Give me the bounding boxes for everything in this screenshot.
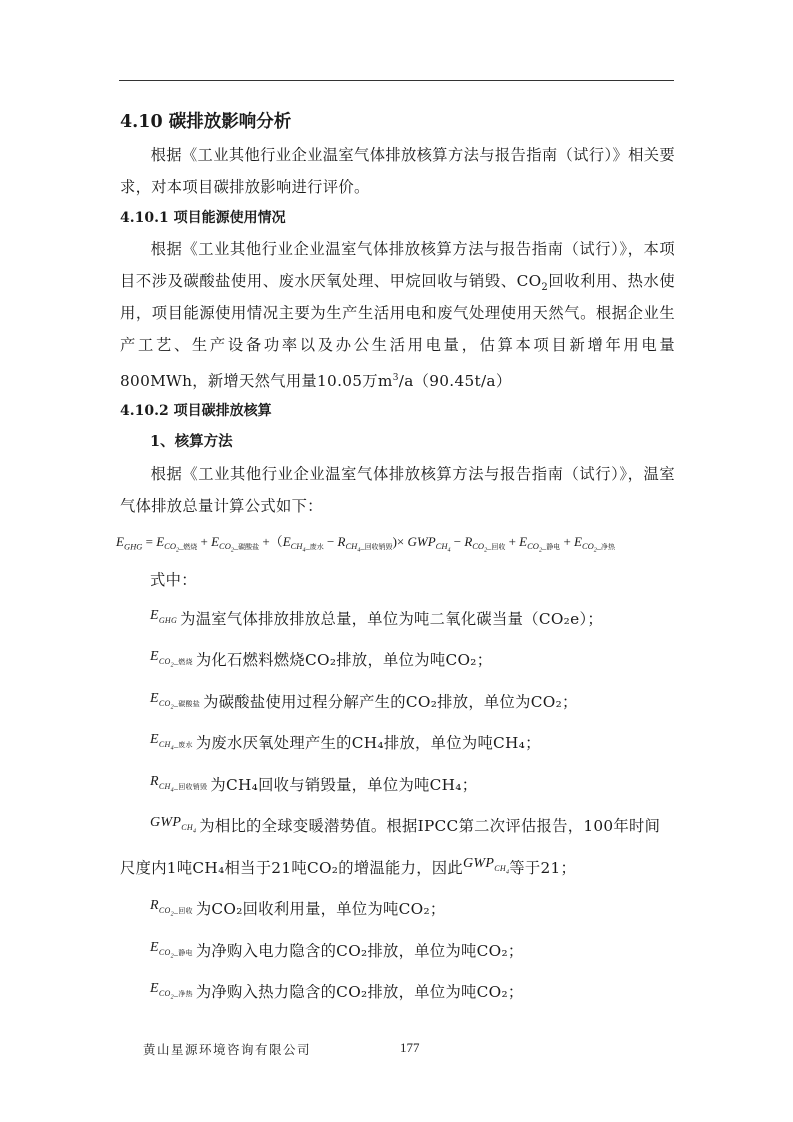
footer-company: 黄山星源环境咨询有限公司 (143, 1040, 311, 1058)
where-label: 式中： (120, 563, 675, 597)
page-number: 177 (400, 1040, 420, 1056)
symbol-e-co2-carbonate: ECO2_碳酸盐 (150, 691, 200, 706)
definition-e-co2-heat: ECO2_净热为净购入热力隐含的CO₂排放，单位为吨CO₂； (120, 970, 675, 1012)
symbol-r-co2-recycle: RCO2_回收 (150, 898, 193, 913)
definition-e-co2-burn: ECO2_燃烧为化石燃料燃烧CO₂排放，单位为吨CO₂； (120, 638, 675, 680)
definition-r-co2-recycle: RCO2_回收为CO₂回收利用量，单位为吨CO₂； (120, 887, 675, 929)
symbol-gwp-ch4: GWPCH4 (150, 815, 196, 830)
symbol-e-ch4-wastewater: ECH4_废水 (150, 732, 193, 747)
method-paragraph: 根据《工业其他行业企业温室气体排放核算方法与报告指南（试行）》，温室气体排放总量… (120, 458, 675, 523)
symbol-e-co2-burn: ECO2_燃烧 (150, 649, 193, 664)
ghg-formula: EGHG = ECO2_燃烧 + ECO2_碳酸盐 +（ECH4_废水 − RC… (116, 527, 675, 557)
section-heading: 4.10 碳排放影响分析 (120, 105, 675, 139)
item-heading-method: 1、核算方法 (120, 426, 675, 458)
symbol-e-co2-heat: ECO2_净热 (150, 981, 193, 996)
section-intro: 根据《工业其他行业企业温室气体排放核算方法与报告指南（试行）》相关要求，对本项目… (120, 139, 675, 204)
symbol-gwp-ch4-inline: GWPCH4 (463, 856, 509, 871)
definition-e-ch4-wastewater: ECH4_废水为废水厌氧处理产生的CH₄排放，单位为吨CH₄； (120, 721, 675, 763)
definition-e-co2-elec: ECO2_静电为净购入电力隐含的CO₂排放，单位为吨CO₂； (120, 929, 675, 971)
symbol-e-co2-elec: ECO2_静电 (150, 940, 193, 955)
definition-e-co2-carbonate: ECO2_碳酸盐为碳酸盐使用过程分解产生的CO₂排放，单位为CO₂； (120, 680, 675, 722)
energy-paragraph: 根据《工业其他行业企业温室气体排放核算方法与报告指南（试行）》，本项目不涉及碳酸… (120, 233, 675, 398)
definition-gwp-ch4: GWPCH4为相比的全球变暖潜势值。根据IPCC第二次评估报告，100年时间尺度… (120, 804, 675, 887)
document-page: 4.10 碳排放影响分析 根据《工业其他行业企业温室气体排放核算方法与报告指南（… (120, 100, 675, 1012)
header-rule (119, 80, 674, 81)
definition-r-ch4-recycle-destroy: RCH4_回收销毁为CH₄回收与销毁量，单位为吨CH₄； (120, 763, 675, 805)
symbol-r-ch4-recycle-destroy: RCH4_回收销毁 (150, 774, 207, 789)
symbol-e-ghg: EGHG (150, 608, 177, 623)
definition-e-ghg: EGHG为温室气体排放排放总量，单位为吨二氧化碳当量（CO₂e）； (120, 597, 675, 639)
subsection-heading-energy: 4.10.1 项目能源使用情况 (120, 204, 675, 233)
subsection-heading-accounting: 4.10.2 项目碳排放核算 (120, 397, 675, 426)
